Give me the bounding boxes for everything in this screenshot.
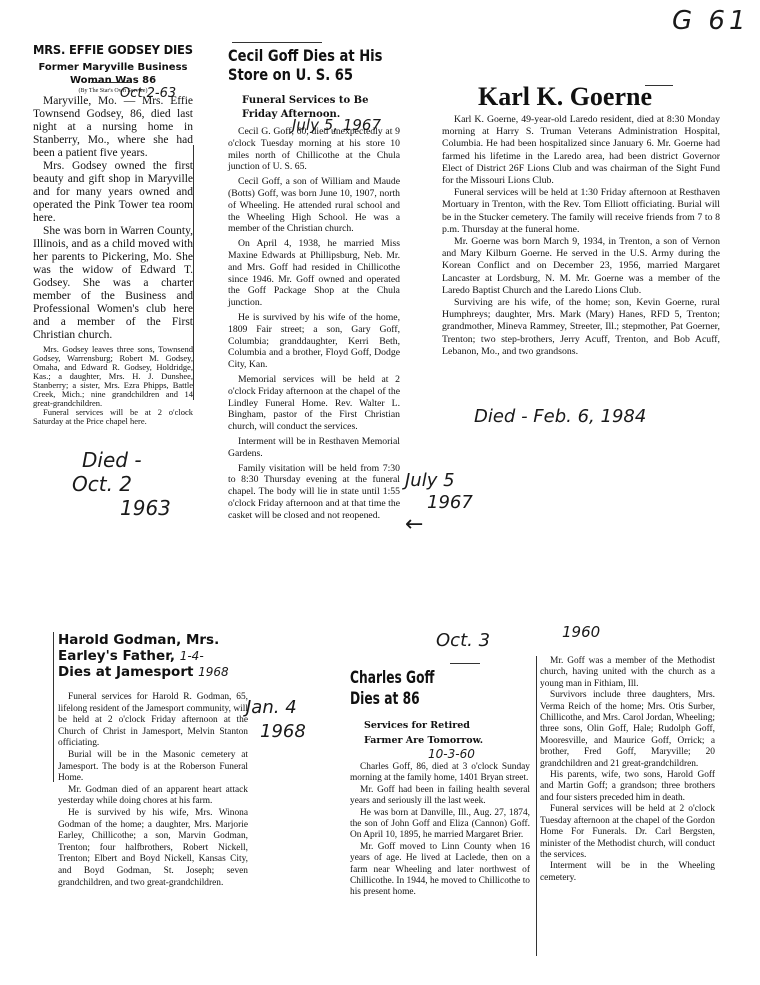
page-number-annotation: G 61 [672, 6, 750, 36]
paragraph: Charles Goff, 86, died at 3 o'clock Sund… [350, 762, 530, 785]
article-body-col2: Mr. Goff was a member of the Methodist c… [540, 656, 715, 884]
clipping-charles-goff-col2: Mr. Goff was a member of the Methodist c… [540, 656, 715, 884]
subhead-line: Farmer Are Tomorrow. [364, 733, 530, 748]
headline-text: Dies at Jamesport [58, 664, 193, 680]
article-body: Karl K. Goerne, 49-year-old Laredo resid… [442, 114, 720, 358]
headline-line-2: Earley's Father, 1-4- [58, 648, 248, 664]
subhead: Services for Retired Farmer Are Tomorrow… [364, 718, 530, 748]
note-line: Died - [82, 448, 171, 472]
paragraph: Mrs. Godsey leaves three sons, Townsend … [33, 345, 193, 408]
paragraph: Family visitation will be held from 7:30… [228, 463, 400, 522]
headline-line-1: Harold Godman, Mrs. [58, 632, 248, 648]
paragraph: Funeral services for Harold R. Godman, 6… [58, 692, 248, 750]
paragraph: Karl K. Goerne, 49-year-old Laredo resid… [442, 114, 720, 187]
paragraph: Funeral services will be held at 2 o'clo… [540, 804, 715, 861]
paragraph: Funeral services will be at 2 o'clock Sa… [33, 408, 193, 426]
headline-line-3: Dies at Jamesport 1968 [58, 664, 248, 680]
handwritten-inline-year: 1968 [198, 665, 229, 679]
clipping-edge [53, 632, 54, 782]
handwritten-date-note: July 5 1967 ← [405, 470, 473, 536]
paragraph: Funeral services will be held at 1:30 Fr… [442, 187, 720, 236]
paragraph: Surviving are his wife, of the home; son… [442, 297, 720, 358]
headline: Karl K. Goerne [478, 82, 720, 112]
note-line: Oct. 2 [72, 472, 171, 496]
paragraph: He was born at Danville, Ill., Aug. 27, … [350, 808, 530, 842]
headline-line-2: Store on U. S. 65 [228, 65, 369, 84]
paragraph: Burial will be in the Masonic cemetery a… [58, 750, 248, 785]
headline-line-1: Cecil Goff Dies at His [228, 46, 369, 65]
paragraph: Maryville, Mo. — Mrs. Effie Townsend God… [33, 95, 193, 160]
headline-text: Earley's Father, [58, 648, 175, 664]
note-line: 1963 [120, 496, 171, 520]
divider [232, 42, 322, 43]
subhead-line: Services for Retired [364, 718, 530, 733]
note-line: 1967 [427, 492, 473, 514]
note-line: Jan. 4 [246, 696, 306, 720]
article-body: Funeral services for Harold R. Godman, 6… [58, 692, 248, 889]
paragraph: Survivors include three daughters, Mrs. … [540, 690, 715, 770]
handwritten-date-top: Oct. 3 [436, 630, 490, 651]
note-line: 1968 [260, 720, 306, 744]
paragraph: Mr. Goerne was born March 9, 1934, in Tr… [442, 236, 720, 297]
headline-line-2: Dies at 86 [350, 689, 480, 710]
arrow-left-icon: ← [405, 514, 473, 536]
handwritten-died-note: Died - Feb. 6, 1984 [474, 406, 646, 427]
paragraph: He is survived by his wife, Mrs. Winona … [58, 808, 248, 889]
paragraph: Mr. Godman died of an apparent heart att… [58, 785, 248, 808]
article-body: Cecil G. Goff, 60, died unexpectedly at … [228, 126, 400, 522]
paragraph: She was born in Warren County, Illinois,… [33, 225, 193, 342]
clipping-charles-goff: Charles Goff Dies at 86 Services for Ret… [350, 668, 530, 899]
article-body-col1: Charles Goff, 86, died at 3 o'clock Sund… [350, 762, 530, 899]
headline-line-1: Charles Goff [350, 668, 480, 689]
paragraph: Mrs. Godsey owned the first beauty and g… [33, 160, 193, 225]
headline: MRS. EFFIE GODSEY DIES [33, 42, 180, 57]
paragraph: Cecil Goff, a son of William and Maude (… [228, 176, 400, 235]
paragraph: Mr. Goff had been in failing health seve… [350, 785, 530, 808]
paragraph: On April 4, 1938, he married Miss Maxine… [228, 238, 400, 309]
handwritten-inline-date: 1-4- [180, 649, 204, 663]
divider [450, 663, 480, 664]
clipping-karl-goerne: Karl K. Goerne Karl K. Goerne, 49-year-o… [442, 82, 720, 358]
handwritten-date: July 5, 1967 [292, 116, 381, 134]
subhead: Former Maryville Business Woman Was 86 [33, 61, 193, 87]
paragraph: He is survived by his wife of the home, … [228, 312, 400, 371]
article-body: Maryville, Mo. — Mrs. Effie Townsend God… [33, 95, 193, 342]
clipping-harold-godman: Harold Godman, Mrs. Earley's Father, 1-4… [58, 632, 248, 889]
handwritten-byline-date: Oct 2-63 [120, 86, 176, 101]
handwritten-year-top: 1960 [562, 623, 600, 641]
paragraph: His parents, wife, two sons, Harold Goff… [540, 770, 715, 804]
article-survivors: Mrs. Godsey leaves three sons, Townsend … [33, 345, 193, 426]
paragraph: Memorial services will be held at 2 o'cl… [228, 374, 400, 433]
divider [91, 82, 131, 83]
paragraph: Mr. Goff was a member of the Methodist c… [540, 656, 715, 690]
column-rule [536, 656, 537, 956]
note-line: July 5 [405, 470, 473, 492]
paragraph: Interment will be in Resthaven Memorial … [228, 436, 400, 460]
handwritten-date-note: Jan. 4 1968 [246, 696, 306, 744]
clipping-edge [193, 145, 194, 400]
paragraph: Interment will be in the Wheeling cemete… [540, 861, 715, 884]
paragraph: Mr. Goff moved to Linn County when 16 ye… [350, 842, 530, 899]
handwritten-died-note: Died - Oct. 2 1963 [72, 448, 171, 520]
